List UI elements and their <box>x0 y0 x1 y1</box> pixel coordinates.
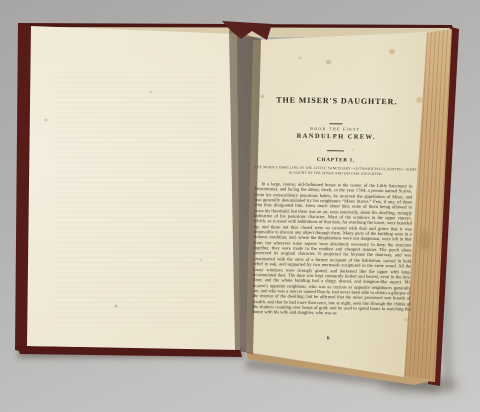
foxing-spot <box>416 97 423 103</box>
foxing-spot <box>115 305 117 307</box>
foxing-spot <box>352 149 354 151</box>
chapter-heading: CHAPTER I. <box>252 156 420 165</box>
signature-mark: B <box>249 334 407 341</box>
divider-rule <box>327 150 344 151</box>
foxing-spot <box>200 259 202 261</box>
title-page-text: THE MISER'S DAUGHTER. BOOK THE FIRST. RA… <box>249 88 421 351</box>
foxing-spot <box>299 57 301 59</box>
divider-rule <box>329 123 342 124</box>
foxing-spot <box>45 119 47 121</box>
photograph: THE MISER'S DAUGHTER. BOOK THE FIRST. RA… <box>0 0 480 412</box>
foxing-spot <box>261 95 264 98</box>
page-title: THE MISER'S DAUGHTER. <box>253 95 421 107</box>
foxing-spot <box>326 60 331 64</box>
foxing-spot <box>404 318 408 321</box>
foxing-stain <box>419 230 431 250</box>
book-part-title: RANDULPH CREW. <box>252 132 420 142</box>
chapter-body-text: In a large, roomy, old-fashioned house a… <box>252 181 412 317</box>
foxing-spot <box>389 49 395 54</box>
chapter-argument: THE MISER'S DWELLING IN THE LITTLE SANCT… <box>254 165 418 177</box>
foxing-spot <box>149 91 152 93</box>
